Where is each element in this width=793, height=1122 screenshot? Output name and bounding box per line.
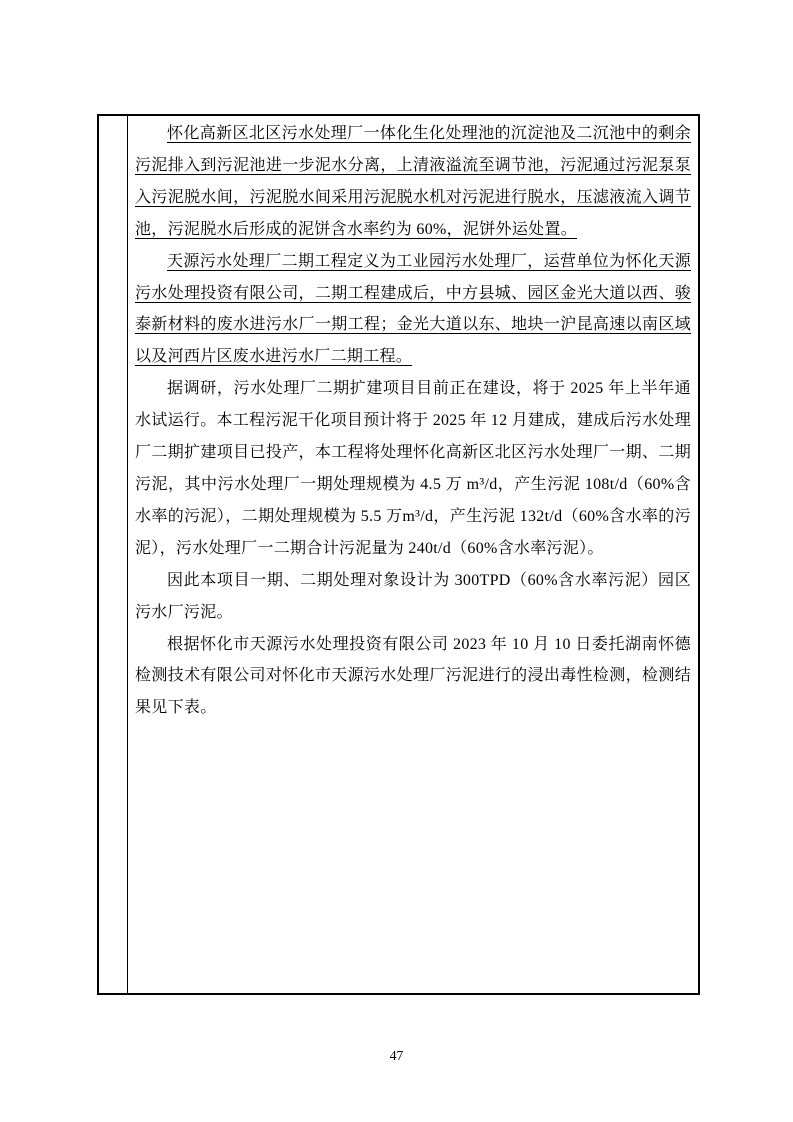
paragraph-tianyuan-phase2-definition: 天源污水处理厂二期工程定义为工业园污水处理厂，运营单位为怀化天源污水处理投资有限… — [135, 246, 691, 374]
document-page: 怀化高新区北区污水处理厂一体化生化处理池的沉淀池及二沉池中的剩余污泥排入到污泥池… — [0, 0, 793, 1122]
paragraph-sludge-dewatering: 怀化高新区北区污水处理厂一体化生化处理池的沉淀池及二沉池中的剩余污泥排入到污泥池… — [135, 118, 691, 246]
paragraph-leaching-toxicity-test: 根据怀化市天源污水处理投资有限公司 2023 年 10 月 10 日委托湖南怀德… — [135, 629, 691, 725]
table-main-cell: 怀化高新区北区污水处理厂一体化生化处理池的沉淀池及二沉池中的剩余污泥排入到污泥池… — [128, 116, 698, 993]
content-table: 怀化高新区北区污水处理厂一体化生化处理池的沉淀池及二沉池中的剩余污泥排入到污泥池… — [97, 114, 700, 995]
paragraph-design-target: 因此本项目一期、二期处理对象设计为 300TPD（60%含水率污泥）园区污水厂污… — [135, 565, 691, 629]
paragraph-research-capacity: 据调研，污水处理厂二期扩建项目目前正在建设，将于 2025 年上半年通水试运行。… — [135, 373, 691, 564]
table-left-column — [99, 116, 128, 993]
page-number: 47 — [0, 1048, 793, 1064]
